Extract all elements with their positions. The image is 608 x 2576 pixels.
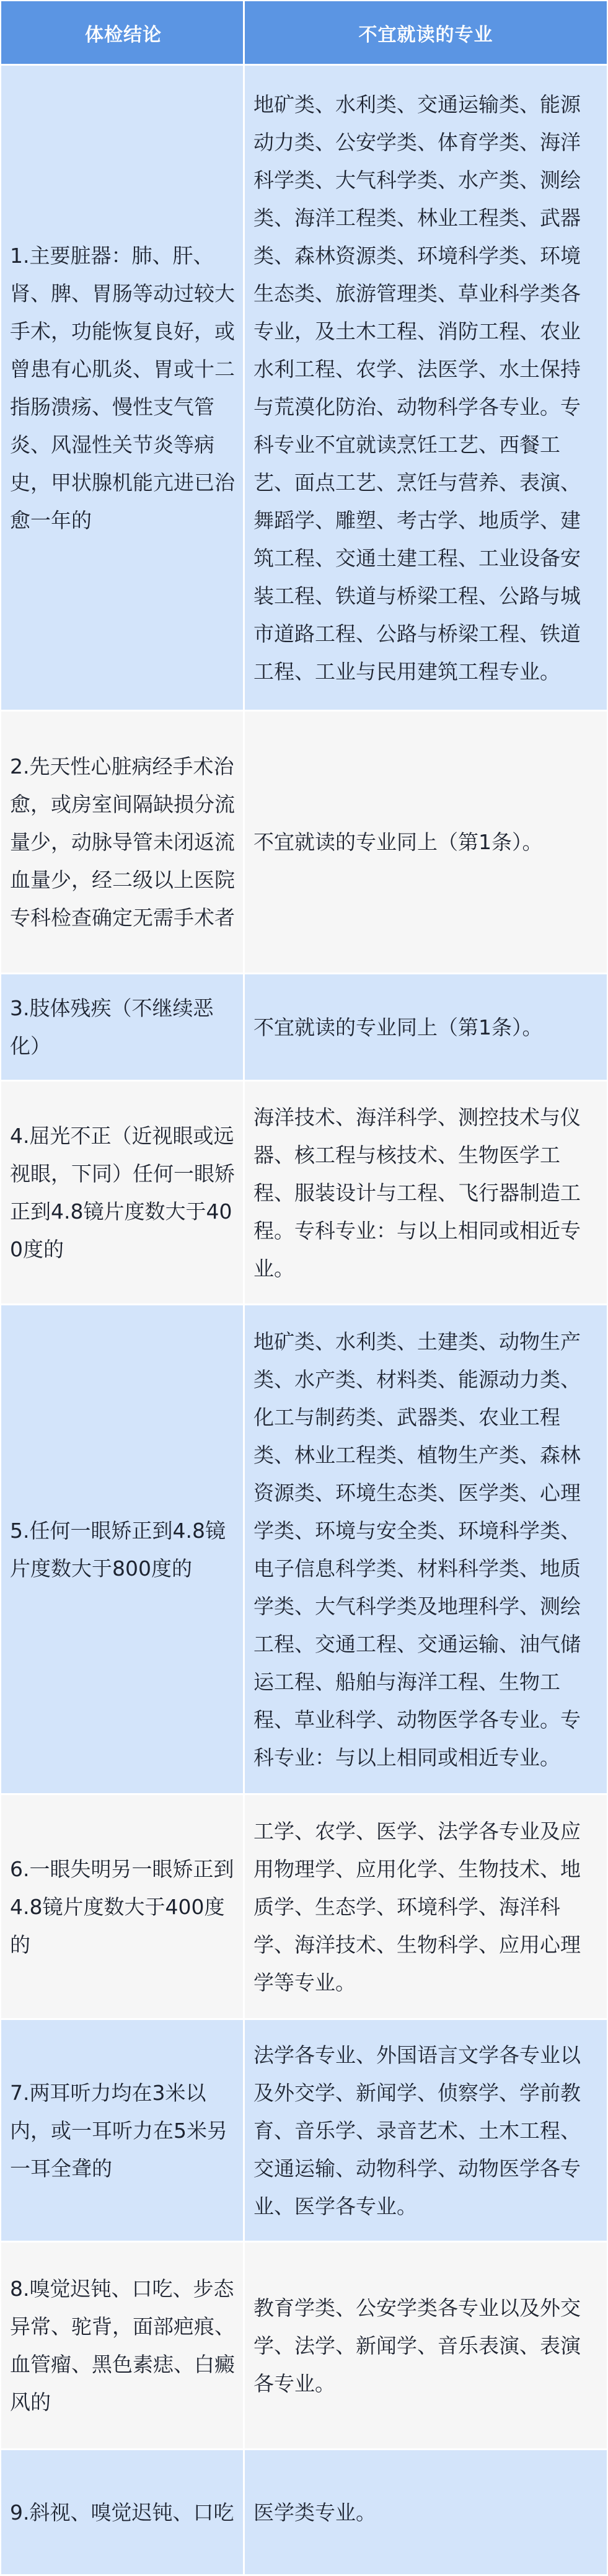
majors-text: 地矿类、水利类、土建类、动物生产类、水产类、材料类、能源动力类、化工与制药类、武… — [253, 1323, 598, 1776]
header-unsuitable-majors: 不宜就读的专业 — [245, 1, 607, 64]
condition-cell: 2.先天性心脏病经手术治愈，或房室间隔缺损分流量少，动脉导管未闭返流血量少，经二… — [1, 712, 243, 973]
header-majors-label: 不宜就读的专业 — [359, 19, 493, 46]
table-row: 2.先天性心脏病经手术治愈，或房室间隔缺损分流量少，动脉导管未闭返流血量少，经二… — [1, 712, 607, 973]
majors-cell: 医学类专业。 — [245, 2450, 607, 2555]
condition-text: 7.两耳听力均在3米以内，或一耳听力在5米另一耳全聋的 — [10, 2074, 237, 2187]
table-row: 8.嗅觉迟钝、口吃、步态异常、驼背，面部疤痕、血管瘤、黑色素痣、白癜风的 教育学… — [1, 2243, 607, 2448]
condition-cell: 9.斜视、嗅觉迟钝、口吃 — [1, 2450, 243, 2555]
majors-cell: 不宜就读的专业同上（第1条）。 — [245, 712, 607, 973]
physical-exam-majors-table: 体检结论 不宜就读的专业 1.主要脏器：肺、肝、肾、脾、胃肠等动过较大手术，功能… — [1, 1, 607, 2555]
majors-text: 法学各专业、外国语言文学各专业以及外交学、新闻学、侦察学、学前教育、音乐学、录音… — [253, 2036, 598, 2225]
majors-text: 不宜就读的专业同上（第1条）。 — [253, 823, 598, 861]
majors-text: 工学、农学、医学、法学各专业及应用物理学、应用化学、生物技术、地质学、生态学、环… — [253, 1812, 598, 2001]
majors-cell: 地矿类、水利类、交通运输类、能源动力类、公安学类、体育学类、海洋科学类、大气科学… — [245, 66, 607, 710]
majors-text: 医学类专业。 — [253, 2494, 598, 2531]
table-row: 1.主要脏器：肺、肝、肾、脾、胃肠等动过较大手术，功能恢复良好，或曾患有心肌炎、… — [1, 66, 607, 710]
table-row: 7.两耳听力均在3米以内，或一耳听力在5米另一耳全聋的 法学各专业、外国语言文学… — [1, 2020, 607, 2241]
condition-cell: 7.两耳听力均在3米以内，或一耳听力在5米另一耳全聋的 — [1, 2020, 243, 2241]
majors-cell: 法学各专业、外国语言文学各专业以及外交学、新闻学、侦察学、学前教育、音乐学、录音… — [245, 2020, 607, 2241]
condition-cell: 6.一眼失明另一眼矫正到4.8镜片度数大于400度的 — [1, 1795, 243, 2018]
condition-cell: 1.主要脏器：肺、肝、肾、脾、胃肠等动过较大手术，功能恢复良好，或曾患有心肌炎、… — [1, 66, 243, 710]
header-condition-label: 体检结论 — [85, 19, 162, 46]
condition-cell: 5.任何一眼矫正到4.8镜片度数大于800度的 — [1, 1305, 243, 1793]
condition-text: 9.斜视、嗅觉迟钝、口吃 — [10, 2494, 237, 2531]
majors-text: 地矿类、水利类、交通运输类、能源动力类、公安学类、体育学类、海洋科学类、大气科学… — [253, 86, 598, 690]
header-condition: 体检结论 — [1, 1, 243, 64]
condition-text: 1.主要脏器：肺、肝、肾、脾、胃肠等动过较大手术，功能恢复良好，或曾患有心肌炎、… — [10, 237, 237, 539]
majors-cell: 地矿类、水利类、土建类、动物生产类、水产类、材料类、能源动力类、化工与制药类、武… — [245, 1305, 607, 1793]
table-header-row: 体检结论 不宜就读的专业 — [1, 1, 607, 64]
condition-cell: 3.肢体残疾（不继续恶化） — [1, 974, 243, 1080]
condition-text: 6.一眼失明另一眼矫正到4.8镜片度数大于400度的 — [10, 1850, 237, 1964]
condition-text: 4.屈光不正（近视眼或远视眼，下同）任何一眼矫正到4.8镜片度数大于400度的 — [10, 1117, 237, 1268]
condition-text: 3.肢体残疾（不继续恶化） — [10, 989, 237, 1065]
table-row: 9.斜视、嗅觉迟钝、口吃 医学类专业。 — [1, 2450, 607, 2555]
table-row: 6.一眼失明另一眼矫正到4.8镜片度数大于400度的 工学、农学、医学、法学各专… — [1, 1795, 607, 2018]
condition-text: 8.嗅觉迟钝、口吃、步态异常、驼背，面部疤痕、血管瘤、黑色素痣、白癜风的 — [10, 2270, 237, 2421]
table-row: 4.屈光不正（近视眼或远视眼，下同）任何一眼矫正到4.8镜片度数大于400度的 … — [1, 1082, 607, 1303]
majors-cell: 教育学类、公安学类各专业以及外交学、法学、新闻学、音乐表演、表演各专业。 — [245, 2243, 607, 2448]
majors-cell: 海洋技术、海洋科学、测控技术与仪器、核工程与核技术、生物医学工程、服装设计与工程… — [245, 1082, 607, 1303]
condition-text: 5.任何一眼矫正到4.8镜片度数大于800度的 — [10, 1512, 237, 1587]
condition-text: 2.先天性心脏病经手术治愈，或房室间隔缺损分流量少，动脉导管未闭返流血量少，经二… — [10, 748, 237, 937]
table-row: 5.任何一眼矫正到4.8镜片度数大于800度的 地矿类、水利类、土建类、动物生产… — [1, 1305, 607, 1793]
table-row: 3.肢体残疾（不继续恶化） 不宜就读的专业同上（第1条）。 — [1, 974, 607, 1080]
condition-cell: 4.屈光不正（近视眼或远视眼，下同）任何一眼矫正到4.8镜片度数大于400度的 — [1, 1082, 243, 1303]
majors-cell: 工学、农学、医学、法学各专业及应用物理学、应用化学、生物技术、地质学、生态学、环… — [245, 1795, 607, 2018]
majors-text: 海洋技术、海洋科学、测控技术与仪器、核工程与核技术、生物医学工程、服装设计与工程… — [253, 1098, 598, 1287]
condition-cell: 8.嗅觉迟钝、口吃、步态异常、驼背，面部疤痕、血管瘤、黑色素痣、白癜风的 — [1, 2243, 243, 2448]
majors-cell: 不宜就读的专业同上（第1条）。 — [245, 974, 607, 1080]
majors-text: 不宜就读的专业同上（第1条）。 — [253, 1008, 598, 1046]
majors-text: 教育学类、公安学类各专业以及外交学、法学、新闻学、音乐表演、表演各专业。 — [253, 2289, 598, 2402]
